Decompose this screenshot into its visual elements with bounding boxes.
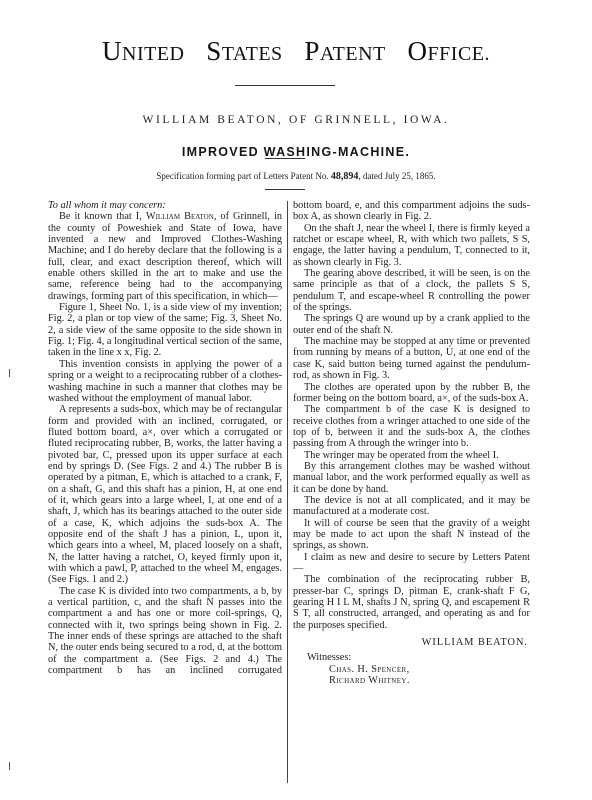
inventor-signature: WILLIAM BEATON.	[293, 637, 530, 648]
paragraph-gravity: It will of course be seen that the gravi…	[293, 518, 530, 552]
paragraph-compartment-b: The compartment b of the case K is desig…	[293, 404, 530, 449]
page-title: UNITED STATES PATENT OFFICE.	[0, 38, 592, 65]
paragraph-suds-box: A represents a suds-box, which may be of…	[48, 404, 282, 586]
spec-suffix: , dated July 25, 1865.	[358, 171, 435, 181]
paragraph-device: The device is not at all complicated, an…	[293, 495, 530, 518]
witness-name: Chas. H. Spencer,	[293, 664, 530, 675]
paragraph-claim: The combination of the reciprocating rub…	[293, 574, 530, 631]
witnesses-label: Witnesses:	[293, 652, 530, 663]
witness-name: Richard Whitney.	[293, 675, 530, 686]
paragraph-stopping: The machine may be stopped at any time o…	[293, 336, 530, 381]
scan-mark	[9, 762, 10, 770]
paragraph-continuation: bottom board, e, and this compartment ad…	[293, 200, 530, 223]
title-word-2: STATES	[206, 36, 282, 66]
left-column: To all whom it may concern: Be it known …	[48, 200, 282, 676]
paragraph-intro: Be it known that I, William Beaton, of G…	[48, 211, 282, 302]
title-word-3: PATENT	[304, 36, 385, 66]
inventor-line: WILLIAM BEATON, OF GRINNELL, IOWA.	[0, 114, 592, 126]
paragraph-case-compartments: The case K is divided into two compartme…	[48, 586, 282, 677]
paragraph-claim-intro: I claim as new and desire to secure by L…	[293, 552, 530, 575]
title-divider	[235, 85, 335, 86]
paragraph-clothes: The clothes are operated upon by the rub…	[293, 382, 530, 405]
subtitle-divider	[265, 158, 305, 159]
paragraph-figures: Figure 1, Sheet No. 1, is a side view of…	[48, 302, 282, 359]
right-column: bottom board, e, and this compartment ad…	[293, 200, 530, 686]
inventor-name: William Beaton	[146, 211, 214, 222]
title-word-4: OFFICE.	[408, 36, 490, 66]
title-word-1: UNITED	[102, 36, 184, 66]
paragraph-springs: The springs Q are wound up by a crank ap…	[293, 313, 530, 336]
patent-number: 48,894	[331, 171, 359, 182]
invention-title: IMPROVED WASHING-MACHINE.	[0, 145, 592, 159]
column-divider	[287, 201, 288, 783]
paragraph-escape-wheel: On the shaft J, near the wheel I, there …	[293, 223, 530, 268]
spec-divider	[265, 189, 305, 190]
paragraph-arrangement: By this arrangement clothes may be washe…	[293, 461, 530, 495]
scan-mark	[9, 369, 10, 377]
paragraph-invention-summary: This invention consists in applying the …	[48, 359, 282, 404]
specification-line: Specification forming part of Letters Pa…	[0, 172, 592, 182]
spec-prefix: Specification forming part of Letters Pa…	[156, 171, 328, 181]
paragraph-wringer: The wringer may be operated from the whe…	[293, 450, 530, 461]
paragraph-gearing: The gearing above described, it will be …	[293, 268, 530, 313]
salutation: To all whom it may concern:	[48, 200, 282, 211]
